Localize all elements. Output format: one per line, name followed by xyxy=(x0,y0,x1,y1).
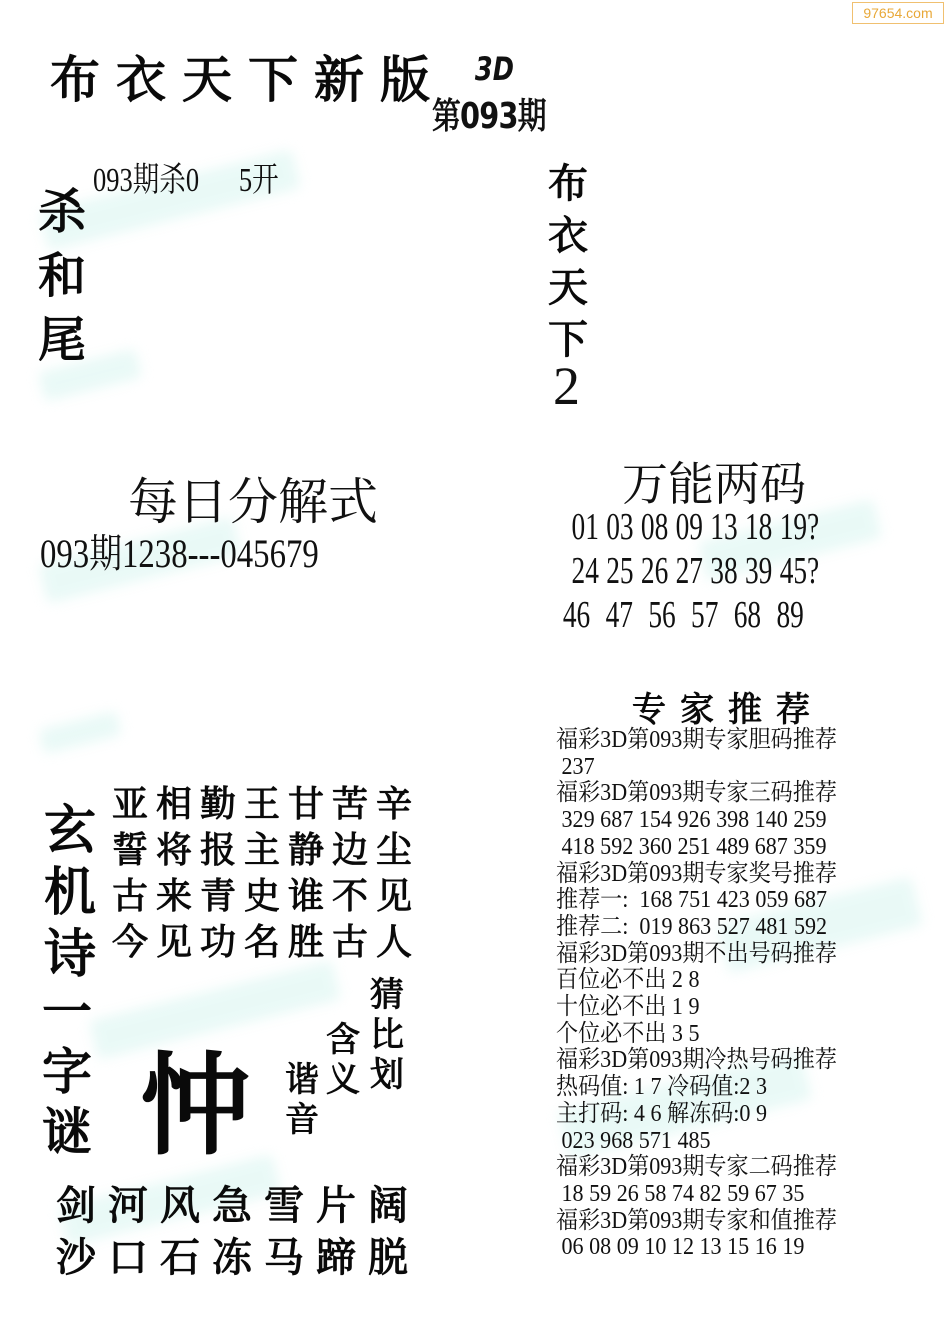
poem-row: 誓将报主静边尘 xyxy=(112,828,420,874)
expert-title: 专家推荐 xyxy=(632,682,824,731)
code-cell: 47 xyxy=(606,593,649,637)
code-cell: 56 xyxy=(648,593,691,637)
hint-char: 义 xyxy=(326,1060,360,1100)
expert-line: 福彩3D第093期专家二码推荐 xyxy=(556,1154,906,1181)
expert-line: 福彩3D第093期专家奖号推荐 xyxy=(556,861,906,888)
code-cell: 24 xyxy=(572,549,607,593)
expert-line: 福彩3D第093期冷热号码推荐 xyxy=(556,1047,906,1074)
expert-line: 023 968 571 485 xyxy=(556,1128,906,1155)
poem-row: 今见功名胜古人 xyxy=(112,920,420,966)
code-cell: 89 xyxy=(776,593,819,637)
code-cell: 27 xyxy=(676,549,711,593)
expert-line: 百位必不出 2 8 xyxy=(556,967,906,994)
code-cell: 03 xyxy=(606,505,641,549)
hint-char: 谐 xyxy=(285,1060,319,1100)
mystery-poem: 亚相勤王甘苦辛 誓将报主静边尘 古来青史谁不见 今见功名胜古人 xyxy=(112,782,420,966)
kill-tail-line: 093期杀0 5开 xyxy=(93,152,279,201)
label-char: 布 xyxy=(548,158,588,210)
expert-line: 237 xyxy=(556,754,906,781)
code-cell: 18 xyxy=(745,505,780,549)
code-cell: 01 xyxy=(572,505,607,549)
daily-decomposition-line: 093期1238---045679 xyxy=(40,522,319,579)
site-badge[interactable]: 97654.com xyxy=(852,2,944,24)
code-cell: 26 xyxy=(641,549,676,593)
code-row: 01 03 08 09 13 18 19? xyxy=(560,505,819,549)
riddle-character: 忡 xyxy=(140,1018,250,1176)
closing-poem: 剑河风急雪片阔 沙口石冻马蹄脱 xyxy=(56,1180,420,1284)
expert-line: 329 687 154 926 398 140 259 xyxy=(556,807,906,834)
universal-two-codes-grid: 01 03 08 09 13 18 19? 24 25 26 27 38 39 … xyxy=(560,505,920,637)
riddle-hint-homophone: 谐 音 xyxy=(285,1060,319,1140)
expert-list: 福彩3D第093期专家胆码推荐 237 福彩3D第093期专家三码推荐 329 … xyxy=(556,727,936,1261)
poem-row: 沙口石冻马蹄脱 xyxy=(56,1232,420,1284)
riddle-label: 一 字 谜 xyxy=(42,982,92,1162)
watermark xyxy=(38,711,122,755)
riddle-hint-meaning: 含 义 xyxy=(326,1020,360,1100)
hint-char: 比 xyxy=(370,1015,404,1055)
side-label: 布 衣 天 下 xyxy=(548,158,588,366)
expert-line: 福彩3D第093期专家三码推荐 xyxy=(556,780,906,807)
label-char: 谜 xyxy=(42,1102,92,1162)
label-char: 天 xyxy=(548,262,588,314)
expert-line: 推荐二: 019 863 527 481 592 xyxy=(556,914,906,941)
hint-char: 音 xyxy=(285,1100,319,1140)
code-cell: 57 xyxy=(691,593,734,637)
expert-line: 个位必不出 3 5 xyxy=(556,1021,906,1048)
code-cell: 46 xyxy=(563,593,606,637)
label-char: 杀 xyxy=(38,180,86,244)
kill-tail-value: 093期杀0 xyxy=(93,162,199,199)
code-cell: 09 xyxy=(676,505,711,549)
code-cell: 19? xyxy=(780,505,820,549)
code-cell: 38 xyxy=(710,549,745,593)
expert-line: 推荐一: 168 751 423 059 687 xyxy=(556,887,906,914)
expert-line: 热码值: 1 7 冷码值:2 3 xyxy=(556,1074,906,1101)
kill-tail-label: 杀 和 尾 xyxy=(38,180,86,372)
code-cell: 68 xyxy=(734,593,777,637)
game-label: 3D xyxy=(475,50,514,88)
code-cell: 08 xyxy=(641,505,676,549)
mystery-poem-label: 玄 机 诗 xyxy=(44,800,96,986)
poem-row: 亚相勤王甘苦辛 xyxy=(112,782,420,828)
page-title: 布衣天下新版 xyxy=(50,40,446,112)
code-cell: 13 xyxy=(710,505,745,549)
riddle-hint-guess-strokes: 猜 比 划 xyxy=(370,975,404,1095)
expert-line: 主打码: 4 6 解冻码:0 9 xyxy=(556,1101,906,1128)
label-char: 字 xyxy=(42,1042,92,1102)
code-cell: 45? xyxy=(780,549,820,593)
label-char: 和 xyxy=(38,244,86,308)
poem-row: 剑河风急雪片阔 xyxy=(56,1180,420,1232)
side-number: 2 xyxy=(553,355,580,417)
hint-char: 划 xyxy=(370,1055,404,1095)
code-row: 24 25 26 27 38 39 45? xyxy=(560,549,819,593)
expert-line: 18 59 26 58 74 82 59 67 35 xyxy=(556,1181,906,1208)
hint-char: 猜 xyxy=(370,975,404,1015)
expert-line: 福彩3D第093期不出号码推荐 xyxy=(556,941,906,968)
label-char: 衣 xyxy=(548,210,588,262)
code-cell: 39 xyxy=(745,549,780,593)
label-char: 一 xyxy=(42,982,92,1042)
expert-line: 06 08 09 10 12 13 15 16 19 xyxy=(556,1234,906,1261)
expert-line: 福彩3D第093期专家胆码推荐 xyxy=(556,727,906,754)
label-char: 诗 xyxy=(44,924,96,986)
label-char: 玄 xyxy=(44,800,96,862)
hint-char: 含 xyxy=(326,1020,360,1060)
open-value: 5开 xyxy=(239,162,279,199)
expert-line: 418 592 360 251 489 687 359 xyxy=(556,834,906,861)
label-char: 机 xyxy=(44,862,96,924)
label-char: 尾 xyxy=(38,308,86,372)
code-cell: 25 xyxy=(606,549,641,593)
expert-line: 十位必不出 1 9 xyxy=(556,994,906,1021)
issue-label: 第093期 xyxy=(432,88,546,139)
code-row: 46 47 56 57 68 89 xyxy=(560,593,819,637)
expert-line: 福彩3D第093期专家和值推荐 xyxy=(556,1208,906,1235)
poem-row: 古来青史谁不见 xyxy=(112,874,420,920)
